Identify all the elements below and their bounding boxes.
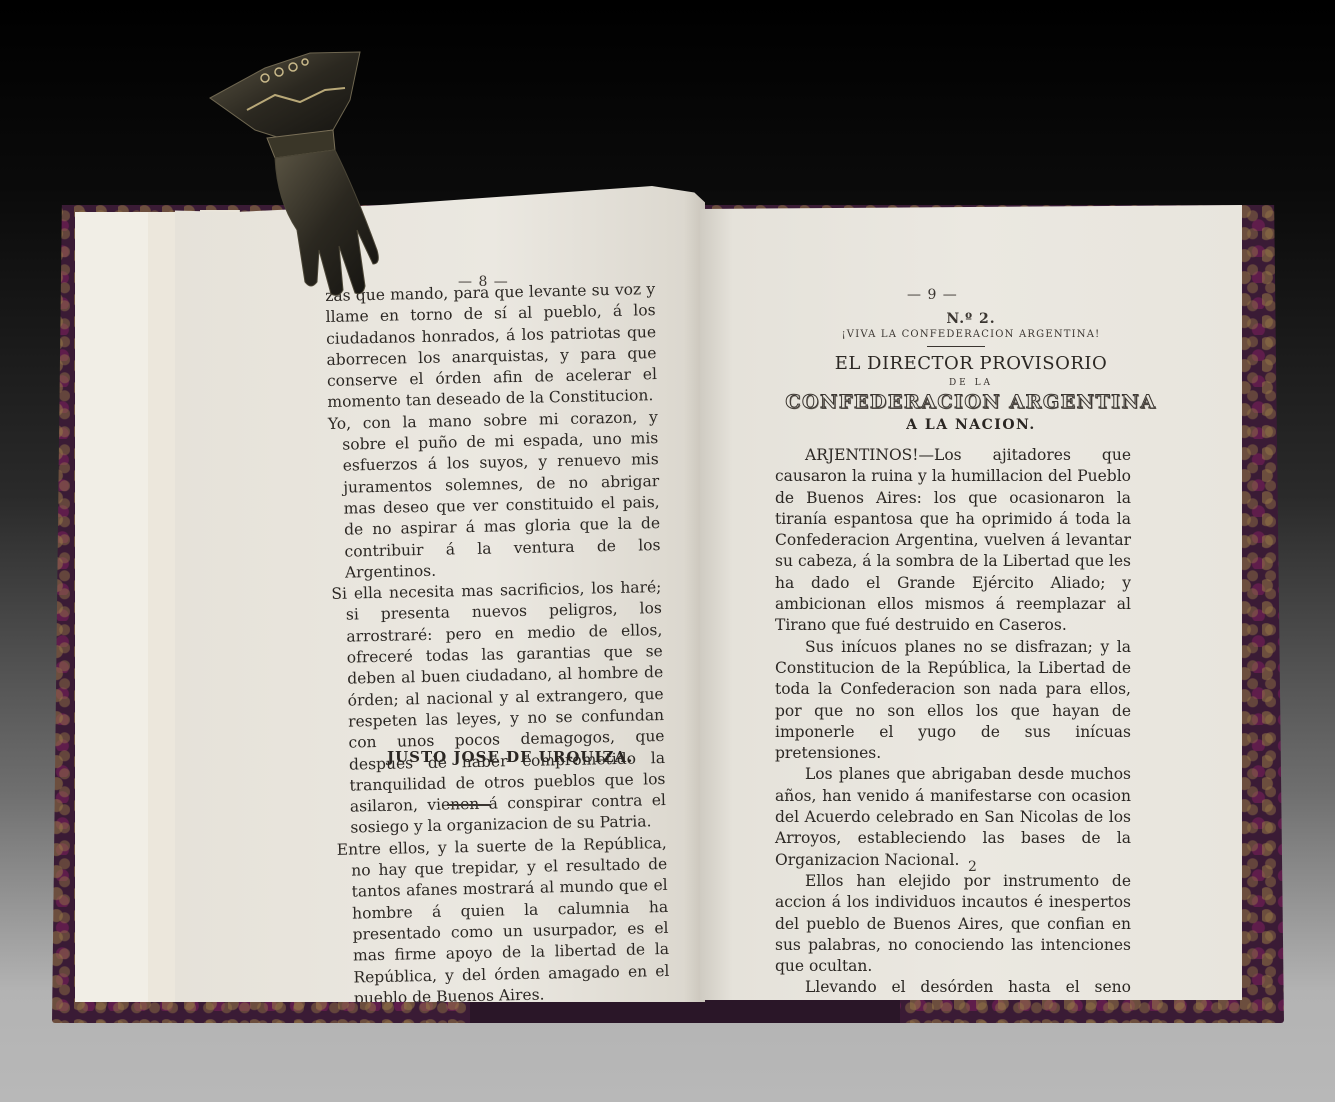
title-line-2: DE LA	[700, 378, 1242, 388]
closing-rule	[447, 804, 491, 806]
title-line-4: A LA NACION.	[700, 417, 1242, 433]
paragraph: ARJENTINOS!—Los ajitadores que causaron …	[775, 445, 1131, 637]
right-page: — 9 — N.º 2. ¡VIVA LA CONFEDERACION ARGE…	[700, 205, 1242, 1000]
title-line-3: CONFEDERACION ARGENTINA	[700, 391, 1242, 413]
title-line-1: EL DIRECTOR PROVISORIO	[700, 353, 1242, 374]
paragraph: Ellos han elejido por instrumento de acc…	[775, 871, 1131, 977]
paragraph: Si ella necesita mas sacrificios, los ha…	[331, 577, 666, 839]
document-number: N.º 2.	[700, 311, 1242, 327]
left-page-text: zas que mando, para que levante su voz y…	[325, 279, 670, 1010]
page-number-right: — 9 —	[907, 287, 958, 303]
signature: JUSTO JOSE DE URQUIZA.	[387, 748, 633, 766]
paragraph: Yo, con la mano sobre mi corazon, y sobr…	[328, 407, 661, 584]
paragraph: Entre ellos, y la suerte de la República…	[337, 833, 670, 1010]
left-page: — 8 — zas que mando, para que levante su…	[175, 186, 705, 1002]
paragraph: Llevando el desórden hasta el seno mismo…	[775, 977, 1131, 1102]
bronze-hand-clip-icon	[205, 50, 395, 300]
paragraph: Sus inícuos planes no se disfrazan; y la…	[775, 637, 1131, 765]
paragraph: Los planes que abrigaban desde muchos añ…	[775, 764, 1131, 870]
motto: ¡VIVA LA CONFEDERACION ARGENTINA!	[700, 329, 1242, 340]
signature-mark: 2	[968, 859, 977, 875]
header-rule	[927, 346, 985, 347]
